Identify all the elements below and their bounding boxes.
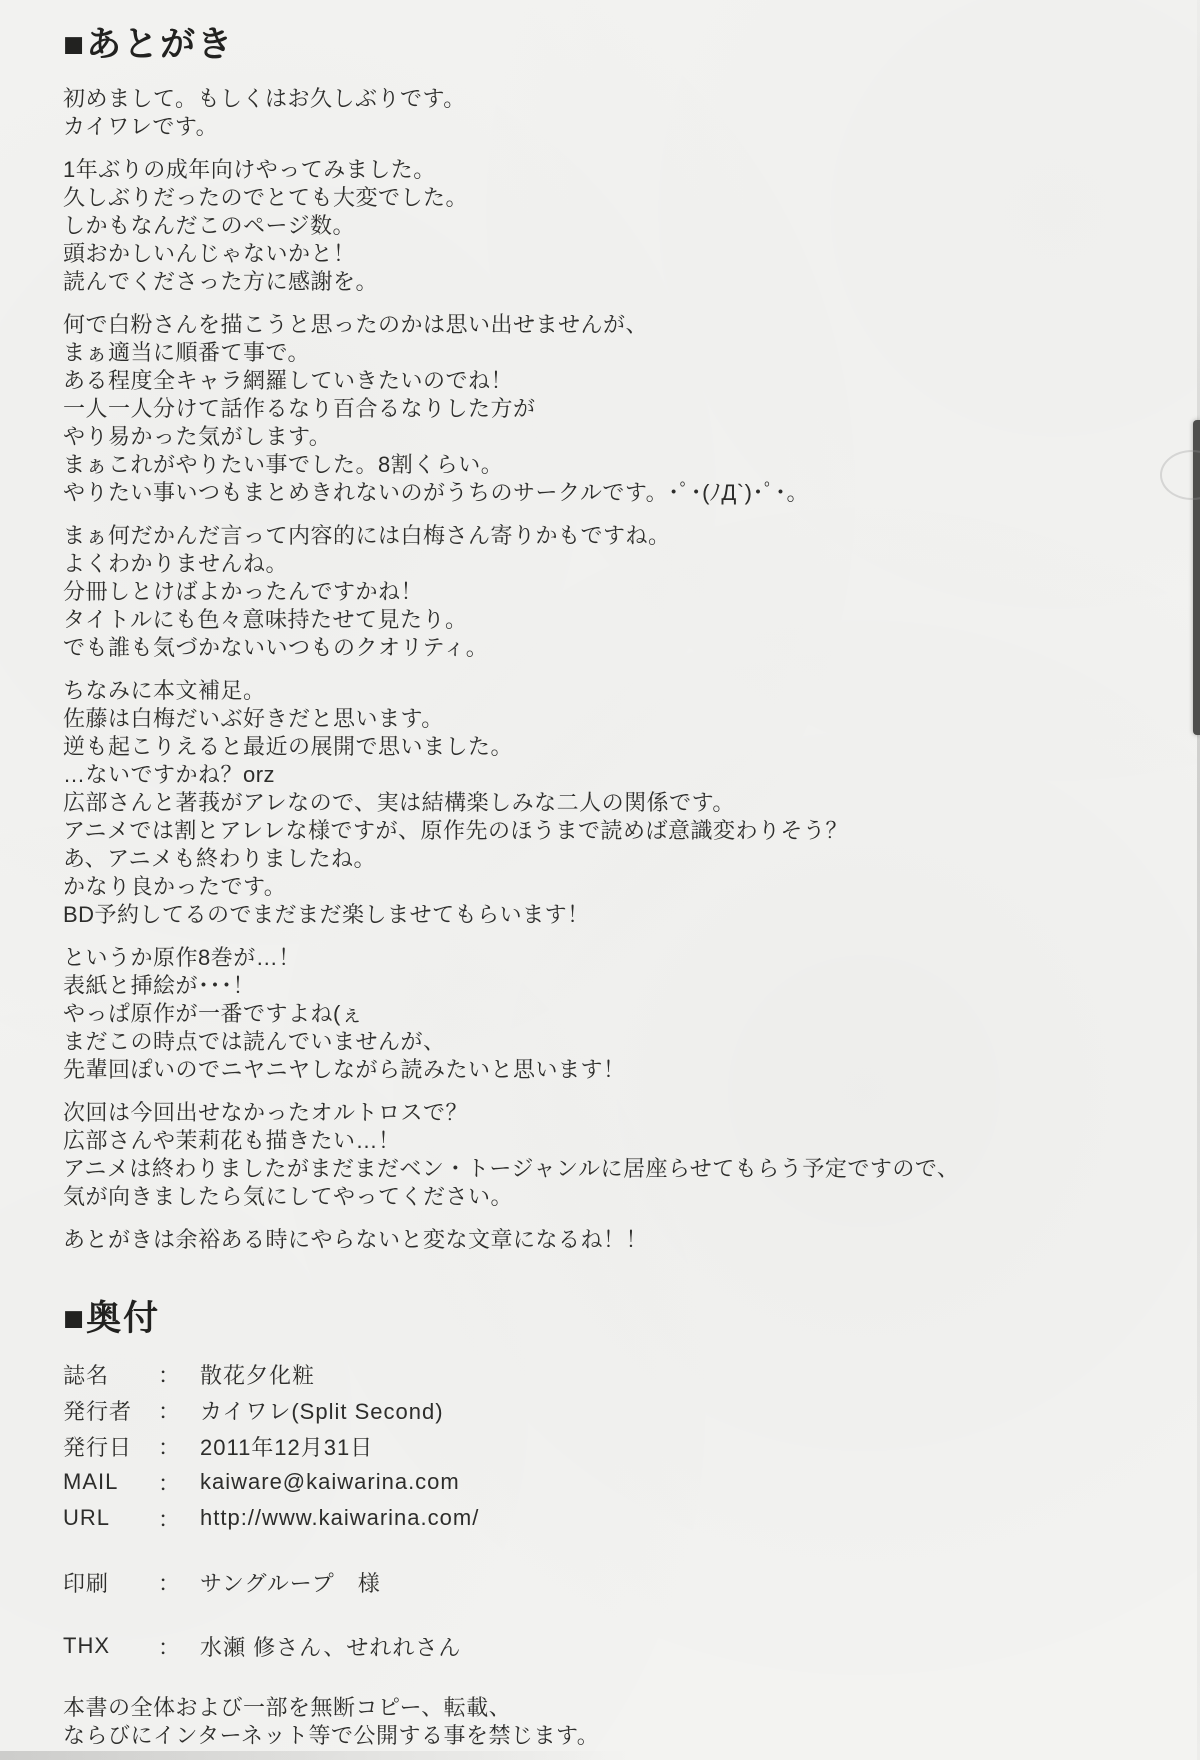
- text-line: 頭おかしいんじゃないかと！: [63, 240, 1130, 268]
- text-line: 次回は今回出せなかったオルトロスで？: [63, 1099, 1130, 1127]
- colophon-value: カイワレ(Split Second): [200, 1395, 444, 1426]
- text-line: …ないですかね？orz: [63, 761, 1130, 789]
- colophon-label: URL: [63, 1505, 158, 1531]
- text-line: あ、アニメも終わりましたね。: [63, 845, 1130, 873]
- text-line: まぁ何だかんだ言って内容的には白梅さん寄りかもですね。: [63, 522, 1130, 550]
- colophon-row: 発行者：カイワレ(Split Second): [63, 1392, 1140, 1428]
- colophon-separator: ：: [158, 1631, 200, 1662]
- copyright-notice: 本書の全体および一部を無断コピー、転載、ならびにインターネット等で公開する事を禁…: [63, 1694, 1140, 1750]
- colophon-separator: ：: [158, 1567, 200, 1598]
- text-line: 初めまして。もしくはお久しぶりです。: [63, 85, 1130, 113]
- text-line: かなり良かったです。: [63, 873, 1130, 901]
- colophon-separator: ：: [158, 1395, 200, 1426]
- afterword-paragraph: まぁ何だかんだ言って内容的には白梅さん寄りかもですね。よくわかりませんね。分冊し…: [63, 522, 1130, 662]
- text-line: ちなみに本文補足。: [63, 677, 1130, 705]
- afterword-paragraph: というか原作8巻が…！表紙と挿絵が･･･！やっぱ原作が一番ですよね(ぇまだこの時…: [63, 944, 1130, 1084]
- colophon-section: ■奥付 誌名：散花夕化粧発行者：カイワレ(Split Second)発行日：20…: [63, 1300, 1140, 1750]
- afterword-section: ■あとがき 初めまして。もしくはお久しぶりです。カイワレです。1年ぶりの成年向け…: [63, 26, 1130, 1269]
- colophon-value: 2011年12月31日: [200, 1431, 373, 1462]
- colophon-label: 誌名: [63, 1359, 158, 1390]
- notice-line: ならびにインターネット等で公開する事を禁じます。: [63, 1722, 1140, 1750]
- afterword-paragraph: 次回は今回出せなかったオルトロスで？広部さんや茉莉花も描きたい…！アニメは終わり…: [63, 1099, 1130, 1211]
- text-line: 逆も起こりえると最近の展開で思いました。: [63, 733, 1130, 761]
- afterword-body: 初めまして。もしくはお久しぶりです。カイワレです。1年ぶりの成年向けやってみまし…: [63, 85, 1130, 1254]
- text-line: BD予約してるのでまだまだ楽しませてもらいます！: [63, 901, 1130, 929]
- text-line: タイトルにも色々意味持たせて見たり。: [63, 606, 1130, 634]
- afterword-paragraph: 初めまして。もしくはお久しぶりです。カイワレです。: [63, 85, 1130, 141]
- text-line: 久しぶりだったのでとても大変でした。: [63, 184, 1130, 212]
- text-line: やりたい事いつもまとめきれないのがうちのサークルです。･ﾟ･(ﾉД`)･ﾟ･。: [63, 479, 1130, 507]
- afterword-paragraph: ちなみに本文補足。佐藤は白梅だいぶ好きだと思います。逆も起こりえると最近の展開で…: [63, 677, 1130, 929]
- colophon-value: 散花夕化粧: [200, 1359, 315, 1390]
- text-line: というか原作8巻が…！: [63, 944, 1130, 972]
- text-line: でも誰も気づかないいつものクオリティ。: [63, 634, 1130, 662]
- colophon-label: MAIL: [63, 1469, 158, 1495]
- colophon-label: 印刷: [63, 1567, 158, 1598]
- colophon-separator: ：: [158, 1431, 200, 1462]
- text-line: 分冊しとけばよかったんですかね！: [63, 578, 1130, 606]
- scanned-afterword-page: ■あとがき 初めまして。もしくはお久しぶりです。カイワレです。1年ぶりの成年向け…: [0, 0, 1200, 1760]
- colophon-value: 水瀬 修さん、せれれさん: [200, 1631, 461, 1662]
- colophon-separator: ：: [158, 1359, 200, 1390]
- colophon-row: THX：水瀬 修さん、せれれさん: [63, 1628, 1140, 1664]
- text-line: やっぱ原作が一番ですよね(ぇ: [63, 1000, 1130, 1028]
- colophon-row: 発行日：2011年12月31日: [63, 1428, 1140, 1464]
- text-line: ある程度全キャラ網羅していきたいのでね！: [63, 367, 1130, 395]
- text-line: まぁ適当に順番て事で。: [63, 339, 1130, 367]
- text-line: 先輩回ぽいのでニヤニヤしながら読みたいと思います！: [63, 1056, 1130, 1084]
- text-line: あとがきは余裕ある時にやらないと変な文章になるね！！: [63, 1226, 1130, 1254]
- colophon-label: 発行日: [63, 1431, 158, 1462]
- text-line: カイワレです。: [63, 113, 1130, 141]
- scan-smudge: [1160, 450, 1200, 500]
- colophon-row: URL：http://www.kaiwarina.com/: [63, 1500, 1140, 1536]
- text-line: 佐藤は白梅だいぶ好きだと思います。: [63, 705, 1130, 733]
- text-line: よくわかりませんね。: [63, 550, 1130, 578]
- afterword-paragraph: あとがきは余裕ある時にやらないと変な文章になるね！！: [63, 1226, 1130, 1254]
- text-line: まだこの時点では読んでいませんが、: [63, 1028, 1130, 1056]
- notice-line: 本書の全体および一部を無断コピー、転載、: [63, 1694, 1140, 1722]
- colophon-value: kaiware@kaiwarina.com: [200, 1469, 460, 1495]
- text-line: アニメは終わりましたがまだまだベン・トージャンルに居座らせてもらう予定ですので、: [63, 1155, 1130, 1183]
- colophon-separator: ：: [158, 1503, 200, 1534]
- text-line: アニメでは割とアレレな様ですが、原作先のほうまで読めば意識変わりそう？: [63, 817, 1130, 845]
- text-line: まぁこれがやりたい事でした。8割くらい。: [63, 451, 1130, 479]
- colophon-value: サングループ 様: [200, 1567, 381, 1598]
- colophon-row: 印刷：サングループ 様: [63, 1564, 1140, 1600]
- colophon-row: MAIL：kaiware@kaiwarina.com: [63, 1464, 1140, 1500]
- colophon-label: 発行者: [63, 1395, 158, 1426]
- afterword-paragraph: 1年ぶりの成年向けやってみました。久しぶりだったのでとても大変でした。しかもなん…: [63, 156, 1130, 296]
- text-line: しかもなんだこのページ数。: [63, 212, 1130, 240]
- colophon-value: http://www.kaiwarina.com/: [200, 1505, 479, 1531]
- colophon-separator: ：: [158, 1467, 200, 1498]
- text-line: 広部さんと著莪がアレなので、実は結構楽しみな二人の関係です。: [63, 789, 1130, 817]
- colophon-rows: 誌名：散花夕化粧発行者：カイワレ(Split Second)発行日：2011年1…: [63, 1356, 1140, 1664]
- text-line: 何で白粉さんを描こうと思ったのかは思い出せませんが、: [63, 311, 1130, 339]
- afterword-heading: ■あとがき: [63, 26, 1130, 64]
- text-line: やり易かった気がします。: [63, 423, 1130, 451]
- text-line: 気が向きましたら気にしてやってください。: [63, 1183, 1130, 1211]
- text-line: 広部さんや茉莉花も描きたい…！: [63, 1127, 1130, 1155]
- colophon-heading: ■奥付: [63, 1300, 1140, 1338]
- colophon-label: THX: [63, 1633, 158, 1659]
- text-line: 読んでくださった方に感謝を。: [63, 268, 1130, 296]
- text-line: 表紙と挿絵が･･･！: [63, 972, 1130, 1000]
- colophon-row: 誌名：散花夕化粧: [63, 1356, 1140, 1392]
- text-line: 1年ぶりの成年向けやってみました。: [63, 156, 1130, 184]
- afterword-paragraph: 何で白粉さんを描こうと思ったのかは思い出せませんが、まぁ適当に順番て事で。ある程…: [63, 311, 1130, 507]
- scan-bottom-shade: [0, 1751, 840, 1760]
- text-line: 一人一人分けて話作るなり百合るなりした方が: [63, 395, 1130, 423]
